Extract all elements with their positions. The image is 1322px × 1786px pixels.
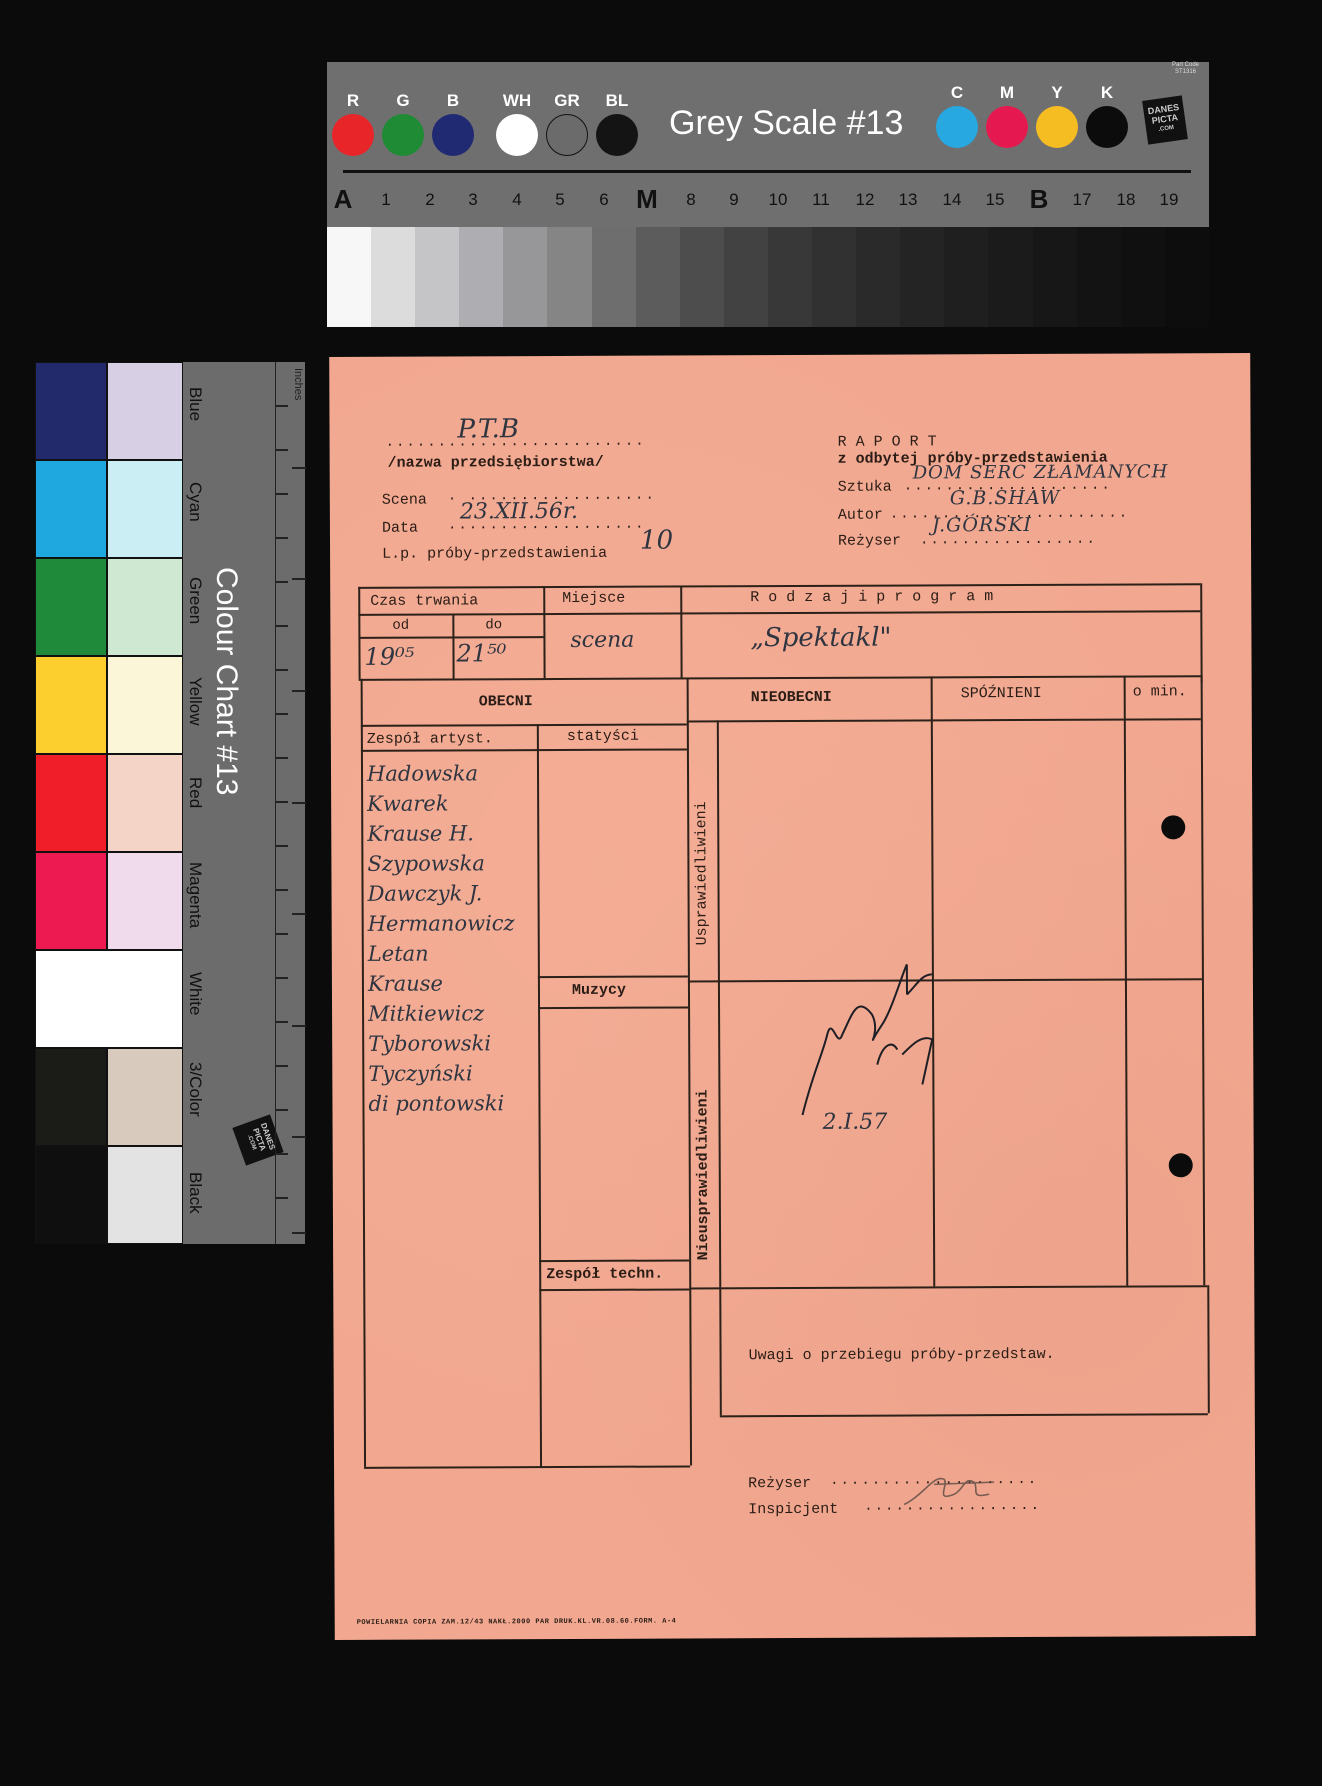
swatch-cyan-dark xyxy=(35,460,107,558)
scale-number-row: A 1 2 3 4 5 6 M 8 9 10 11 12 13 14 15 B … xyxy=(327,180,1209,220)
scale-label: 5 xyxy=(540,190,580,210)
grey-patch xyxy=(547,227,591,327)
od-header: od xyxy=(392,618,409,634)
swatch-yellow-dark xyxy=(35,656,107,754)
swatch-dot xyxy=(432,114,474,156)
colour-chart-card: Blue Cyan Green Yellow Red Magenta White… xyxy=(35,362,305,1244)
muzycy-header: Muzycy xyxy=(572,982,626,999)
grey-patch xyxy=(636,227,680,327)
table-line xyxy=(361,723,687,726)
swatch-black-light xyxy=(107,1146,183,1244)
data-value[interactable]: 23.XII.56r. xyxy=(460,499,578,525)
obecni-header: OBECNI xyxy=(479,693,533,710)
nieobecni-header: NIEOBECNI xyxy=(751,689,832,706)
company-caption: /nazwa przedsiębiorstwa/ xyxy=(388,454,604,472)
table-line xyxy=(1207,1285,1209,1413)
swatch-label: K xyxy=(1083,82,1131,104)
grey-patch xyxy=(1165,227,1209,327)
uwagi-label: Uwagi o przebiegu próby-przedstaw. xyxy=(749,1346,1055,1364)
report-title: R A P O R T xyxy=(838,433,937,450)
table-border-left xyxy=(358,587,360,679)
swatch-label: WH xyxy=(493,90,541,112)
scale-label: M xyxy=(627,184,667,215)
scale-label: 8 xyxy=(671,190,711,210)
grey-patch xyxy=(856,227,900,327)
artist-name: Kwarek xyxy=(367,788,537,819)
scale-label: 19 xyxy=(1149,190,1189,210)
scale-label: 10 xyxy=(758,190,798,210)
swatch-3color-dark xyxy=(35,1048,107,1146)
artist-name: Krause H. xyxy=(367,818,537,849)
grey-patch xyxy=(327,227,371,327)
usprawiedliwieni-label: Usprawiedliwieni xyxy=(693,801,711,945)
footer-inspicjent-label: Inspicjent xyxy=(748,1501,838,1518)
table-line xyxy=(689,1287,691,1465)
swatch-label: G xyxy=(379,90,427,112)
swatch-y: Y xyxy=(1033,82,1081,148)
ruler-tick xyxy=(276,1153,288,1155)
swatch-green-dark xyxy=(35,558,107,656)
table-line xyxy=(538,1006,688,1008)
rehearsal-report-form: P.T.B ......................... /nazwa p… xyxy=(329,353,1256,1640)
swatch-dot xyxy=(936,106,978,148)
scale-label: 6 xyxy=(584,190,624,210)
swatch-dot xyxy=(1036,106,1078,148)
punch-hole xyxy=(1161,815,1185,839)
rodzaj-value[interactable]: „Spektakl" xyxy=(750,623,891,654)
swatch-label: Y xyxy=(1033,82,1081,104)
autor-label: Autor xyxy=(838,507,883,524)
row-label-green: Green xyxy=(185,577,205,624)
table-line xyxy=(717,720,721,1287)
footer-rezyser-label: Reżyser xyxy=(748,1475,811,1492)
grey-scale-card: Part Code ST1316 R G B WH GR BL Grey Sca… xyxy=(327,62,1209,327)
artist-name: Hadowska xyxy=(367,758,537,789)
swatch-magenta-dark xyxy=(35,852,107,950)
artist-name: Tyczyński xyxy=(368,1058,538,1089)
swatch-black-dark xyxy=(35,1146,107,1244)
scale-label: A xyxy=(323,184,363,215)
ruler-tick xyxy=(276,977,288,979)
ruler-tick xyxy=(276,405,288,407)
grey-scale-title: Grey Scale #13 xyxy=(669,104,903,143)
grey-patch xyxy=(812,227,856,327)
ruler-inch-tick xyxy=(292,467,306,469)
artist-name: Tyborowski xyxy=(368,1028,538,1059)
grey-patch-strip xyxy=(327,227,1209,327)
ruler-tick xyxy=(276,581,288,583)
table-line xyxy=(543,586,545,678)
scale-label: B xyxy=(1019,184,1059,215)
ruler: Centimetres Inches xyxy=(275,362,306,1244)
rezyser-label: Reżyser xyxy=(838,533,901,550)
colour-chart-label-strip: Blue Cyan Green Yellow Red Magenta White… xyxy=(183,362,305,1244)
artists-list[interactable]: Hadowska Kwarek Krause H. Szypowska Dawc… xyxy=(367,758,539,1119)
table-line xyxy=(538,975,688,977)
artist-name: di pontowski xyxy=(368,1088,538,1119)
swatch-gr: GR xyxy=(543,90,591,156)
ruler-inch-tick xyxy=(292,1232,306,1234)
grey-patch xyxy=(503,227,547,327)
o-min-header: o min. xyxy=(1133,683,1187,700)
ruler-tick xyxy=(276,1197,288,1199)
autor-value[interactable]: G.B.SHAW xyxy=(950,487,1061,509)
swatch-dot xyxy=(1086,106,1128,148)
table-line xyxy=(452,613,454,678)
ruler-tick xyxy=(276,625,288,627)
do-header: do xyxy=(485,617,502,633)
lp-label: L.p. próby-przedstawienia xyxy=(382,545,607,563)
artist-name: Szypowska xyxy=(367,848,537,879)
grey-patch xyxy=(680,227,724,327)
ruler-tick xyxy=(276,801,288,803)
scale-label: 17 xyxy=(1062,190,1102,210)
row-label-yellow: Yellow xyxy=(185,677,205,726)
table-line xyxy=(680,585,682,677)
grey-patch xyxy=(459,227,503,327)
czas-trwania-header: Czas trwania xyxy=(370,592,478,609)
od-value[interactable]: 19⁰⁵ xyxy=(364,643,414,671)
scale-label: 11 xyxy=(801,190,841,210)
scale-label: 1 xyxy=(366,190,406,210)
grey-patch xyxy=(1033,227,1077,327)
swatch-yellow-light xyxy=(107,656,183,754)
ruler-inch-tick xyxy=(292,913,306,915)
swatch-label: M xyxy=(983,82,1031,104)
swatch-label: C xyxy=(933,82,981,104)
grey-patch xyxy=(415,227,459,327)
grey-patch xyxy=(592,227,636,327)
swatch-red-dark xyxy=(35,754,107,852)
table-line xyxy=(689,1285,1207,1289)
spoznieni-header: SPÓŹNIENI xyxy=(961,685,1042,702)
scale-label: 15 xyxy=(975,190,1015,210)
artist-name: Mitkiewicz xyxy=(368,998,538,1029)
scale-label: 9 xyxy=(714,190,754,210)
danes-picta-logo: DANES PICTA .COM xyxy=(1142,95,1188,144)
swatch-red-light xyxy=(107,754,183,852)
swatch-bl: BL xyxy=(593,90,641,156)
ruler-tick xyxy=(276,537,288,539)
scale-label: 14 xyxy=(932,190,972,210)
table-line xyxy=(358,610,1200,615)
scena-label: Scena xyxy=(382,492,427,509)
swatch-cyan-light xyxy=(107,460,183,558)
swatch-dot xyxy=(332,114,374,156)
ruler-tick xyxy=(276,713,288,715)
punch-hole xyxy=(1169,1153,1193,1177)
table-line xyxy=(359,675,1201,680)
ruler-tick xyxy=(276,1065,288,1067)
swatch-green-light xyxy=(107,558,183,656)
swatch-k: K xyxy=(1083,82,1131,148)
table-line xyxy=(539,1288,689,1290)
ruler-inch-tick xyxy=(292,802,306,804)
swatch-magenta-light xyxy=(107,852,183,950)
scale-label: 2 xyxy=(410,190,450,210)
grey-patch xyxy=(768,227,812,327)
grey-patch xyxy=(724,227,768,327)
scale-label: 12 xyxy=(845,190,885,210)
ruler-tick xyxy=(276,757,288,759)
lp-value[interactable]: 10 xyxy=(640,526,673,556)
miejsce-header: Miejsce xyxy=(562,590,625,607)
ruler-inch-tick xyxy=(292,1025,306,1027)
divider-rule xyxy=(343,170,1191,173)
row-label-cyan: Cyan xyxy=(185,482,205,522)
data-label: Data xyxy=(382,520,418,537)
swatch-dot xyxy=(546,114,588,156)
artist-name: Dawczyk J. xyxy=(367,878,537,909)
swatch-dot xyxy=(496,114,538,156)
zespol-techn-header: Zespół techn. xyxy=(546,1266,663,1284)
table-border-left xyxy=(361,679,366,1467)
statysci-header: statyści xyxy=(567,728,639,745)
scale-label: 13 xyxy=(888,190,928,210)
dark-swatch-column xyxy=(35,362,107,1244)
ruler-tick xyxy=(276,889,288,891)
swatch-blue-light xyxy=(107,362,183,460)
printer-line: POWIELARNIA COPIA ZAM.12/43 NAKŁ.2000 PA… xyxy=(357,1618,677,1627)
scale-label: 3 xyxy=(453,190,493,210)
grey-patch xyxy=(944,227,988,327)
row-label-white: White xyxy=(185,972,205,1015)
scale-label: 4 xyxy=(497,190,537,210)
swatch-label: B xyxy=(429,90,477,112)
grey-patch xyxy=(371,227,415,327)
swatch-m: M xyxy=(983,82,1031,148)
grey-patch xyxy=(988,227,1032,327)
ruler-inch-tick xyxy=(292,1136,306,1138)
table-border-right xyxy=(1201,675,1205,1285)
table-line xyxy=(687,677,691,1287)
swatch-g: G xyxy=(379,90,427,156)
swatch-b: B xyxy=(429,90,477,156)
swatch-label: R xyxy=(329,90,377,112)
zespol-artyst-header: Zespół artyst. xyxy=(367,730,493,748)
table-line xyxy=(539,1259,689,1261)
scale-label: 18 xyxy=(1106,190,1146,210)
swatch-c: C xyxy=(933,82,981,148)
table-line xyxy=(361,748,687,751)
ruler-tick xyxy=(276,669,288,671)
table-border-bottom xyxy=(364,1465,690,1468)
ruler-tick xyxy=(276,1109,288,1111)
table-border-right xyxy=(1200,583,1202,683)
row-label-black: Black xyxy=(185,1172,205,1214)
swatch-dot xyxy=(596,114,638,156)
light-swatch-column xyxy=(107,362,183,1244)
ruler-tick xyxy=(276,845,288,847)
swatch-label: GR xyxy=(543,90,591,112)
swatch-r: R xyxy=(329,90,377,156)
ruler-tick xyxy=(276,933,288,935)
swatch-dot xyxy=(986,106,1028,148)
row-label-red: Red xyxy=(185,777,205,808)
initials-signature xyxy=(894,1464,1014,1515)
table-line xyxy=(720,1413,1208,1417)
spacer xyxy=(107,950,183,1048)
grey-patch xyxy=(1077,227,1121,327)
row-label-3color: 3/Color xyxy=(185,1062,205,1117)
miejsce-value[interactable]: scena xyxy=(570,628,634,653)
ruler-inch-tick xyxy=(292,690,306,692)
colour-chart-title: Colour Chart #13 xyxy=(209,567,243,795)
row-label-blue: Blue xyxy=(185,387,205,421)
swatch-wh: WH xyxy=(493,90,541,156)
ruler-tick xyxy=(276,493,288,495)
ruler-inch-tick xyxy=(292,578,306,580)
grey-patch xyxy=(1121,227,1165,327)
ruler-tick xyxy=(276,1021,288,1023)
artist-name: Hermanowicz xyxy=(368,908,538,939)
rodzaj-header: R o d z a j i p r o g r a m xyxy=(750,588,993,606)
swatch-3color-light xyxy=(107,1048,183,1146)
sztuka-label: Sztuka xyxy=(838,479,892,496)
color-swatch-row: R G B WH GR BL Grey Scale #13 C M Y K DA… xyxy=(327,62,1209,172)
rezyser-value[interactable]: J.GÓRSKI xyxy=(932,514,1032,536)
artist-name: Letan xyxy=(368,938,538,969)
swatch-blue-dark xyxy=(35,362,107,460)
row-label-magenta: Magenta xyxy=(185,862,205,928)
table-line xyxy=(1124,676,1128,1286)
do-value[interactable]: 21⁵⁰ xyxy=(456,639,506,667)
grey-patch xyxy=(900,227,944,327)
ruler-inches-label: Inches xyxy=(292,368,304,400)
table-border-top xyxy=(358,583,1200,588)
sztuka-value[interactable]: DOM SERC ZŁAMANYCH xyxy=(913,461,1169,483)
ruler-tick xyxy=(276,449,288,451)
uwagi-field[interactable] xyxy=(720,1363,1206,1413)
swatch-dot xyxy=(382,114,424,156)
company-dotted-line: ......................... xyxy=(386,434,646,451)
swatch-label: BL xyxy=(593,90,641,112)
artist-name: Krause xyxy=(368,968,538,999)
nieusprawiedliwieni-label: Nieusprawiedliwieni xyxy=(694,1089,712,1260)
signature-date: 2.I.57 xyxy=(822,1110,887,1135)
table-line xyxy=(358,636,543,638)
